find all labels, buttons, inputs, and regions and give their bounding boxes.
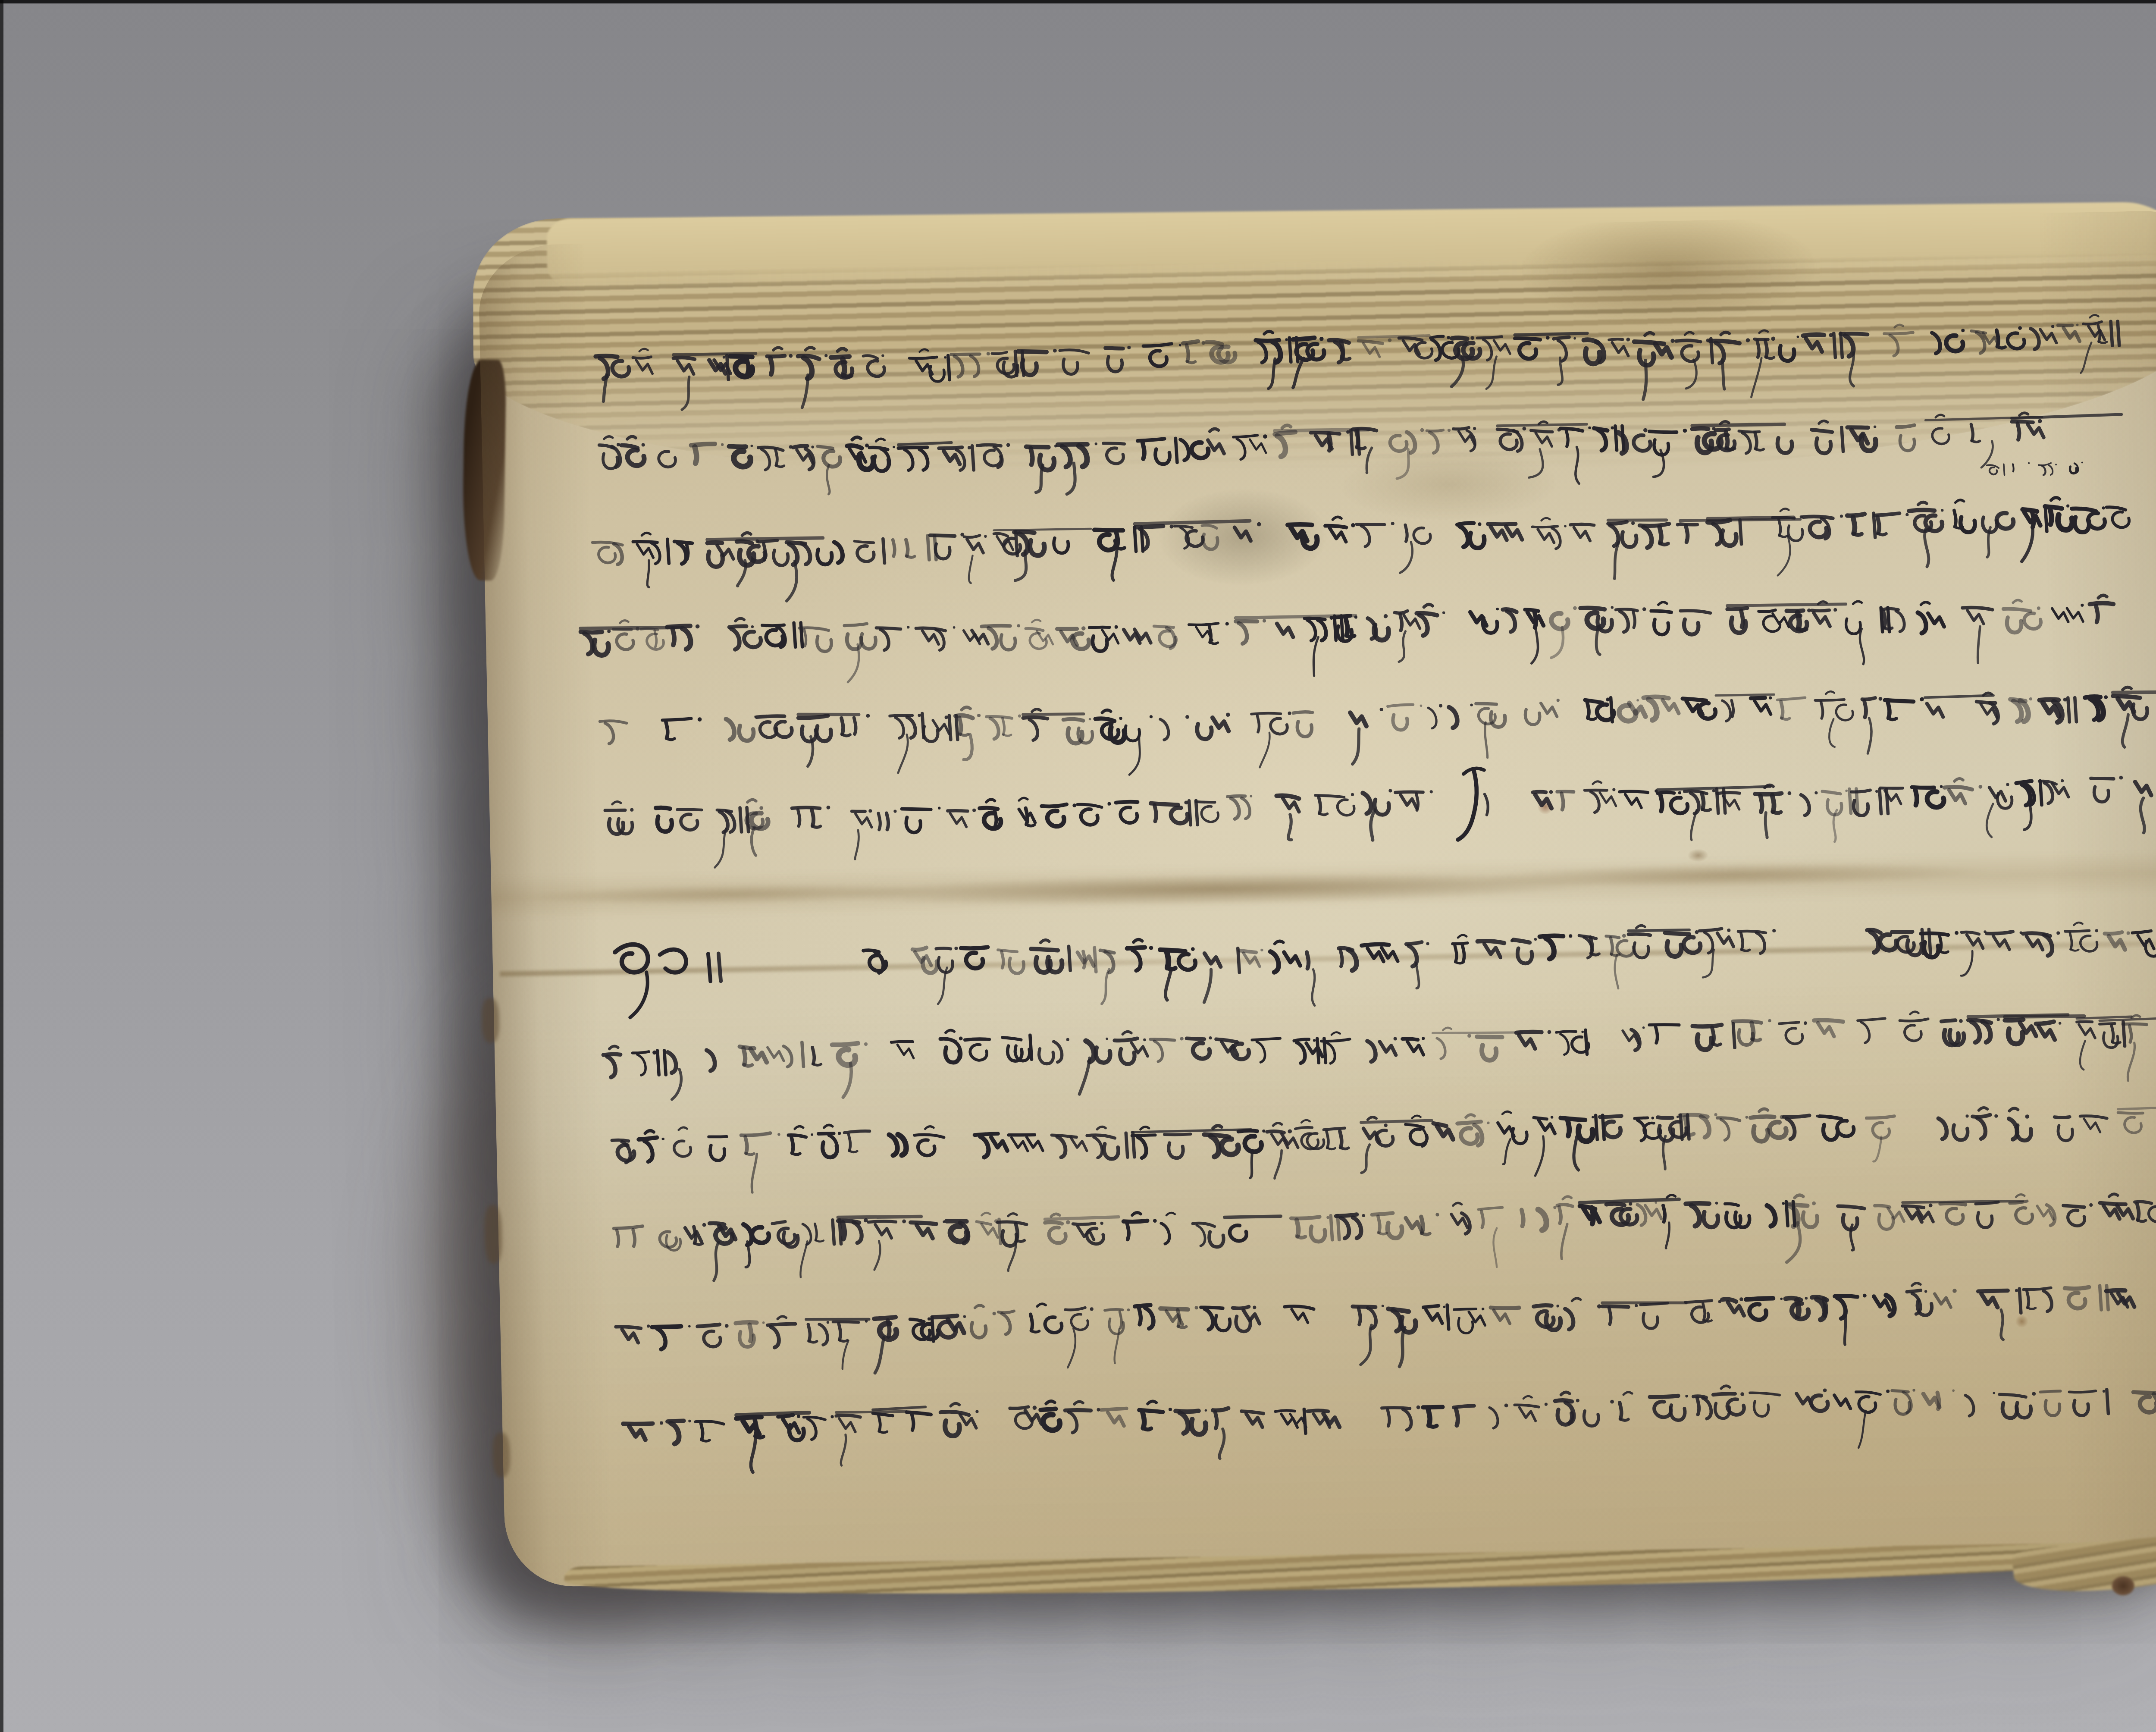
handwriting-layer xyxy=(478,210,2156,1588)
photo-left-edge xyxy=(0,0,3,1732)
manuscript-book xyxy=(478,210,2156,1588)
photo-top-edge xyxy=(0,0,2156,3)
photo xyxy=(0,0,2156,1732)
